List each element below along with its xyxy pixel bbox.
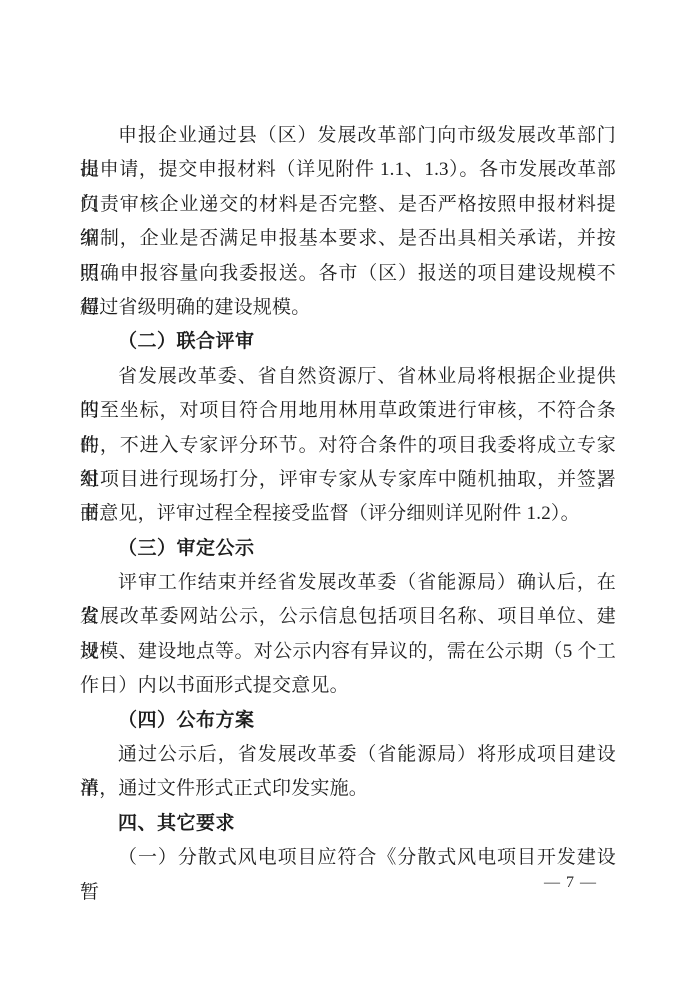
body-line: 规模、建设地点等。对公示内容有异议的，需在公示期（5 个工: [80, 635, 616, 669]
paragraph-other-requirements: （一）分散式风电项目应符合《分散式风电项目开发建设暂: [80, 841, 616, 875]
paragraph-application-submission: 申报企业通过县（区）发展改革部门向市级发展改革部门提 出申请，提交申报材料（详见…: [80, 119, 616, 325]
body-line: 单，通过文件形式正式印发实施。: [80, 772, 616, 806]
body-line: 四至坐标，对项目符合用地用林用草政策进行审核，不符合条件: [80, 394, 616, 428]
paragraph-joint-review: 省发展改革委、省自然资源厅、省林业局将根据企业提供的 四至坐标，对项目符合用地用…: [80, 360, 616, 532]
body-line: 明确申报容量向我委报送。各市（区）报送的项目建设规模不得: [80, 257, 616, 291]
body-line: 通过公示后，省发展改革委（省能源局）将形成项目建设清: [80, 738, 616, 772]
heading-other-requirements: 四、其它要求: [80, 807, 616, 841]
body-line: 负责审核企业递交的材料是否完整、是否严格按照申报材料提纲: [80, 188, 616, 222]
heading-joint-review: （二）联合评审: [80, 325, 616, 359]
document-body: 申报企业通过县（区）发展改革部门向市级发展改革部门提 出申请，提交申报材料（详见…: [80, 119, 616, 876]
heading-publish-plan: （四）公布方案: [80, 704, 616, 738]
body-line: 作日）内以书面形式提交意见。: [80, 669, 616, 703]
body-line: 出申请，提交申报材料（详见附件 1.1、1.3）。各市发展改革部门: [80, 153, 616, 187]
heading-review-publicity: （三）审定公示: [80, 532, 616, 566]
paragraph-review-publicity: 评审工作结束并经省发展改革委（省能源局）确认后，在省 发展改革委网站公示，公示信…: [80, 566, 616, 704]
body-line: 评审工作结束并经省发展改革委（省能源局）确认后，在省: [80, 566, 616, 600]
body-line: 申报企业通过县（区）发展改革部门向市级发展改革部门提: [80, 119, 616, 153]
body-line: 超过省级明确的建设规模。: [80, 291, 616, 325]
document-page: 申报企业通过县（区）发展改革部门向市级发展改革部门提 出申请，提交申报材料（详见…: [0, 0, 700, 990]
body-line: 发展改革委网站公示，公示信息包括项目名称、项目单位、建设: [80, 600, 616, 634]
body-line: 省发展改革委、省自然资源厅、省林业局将根据企业提供的: [80, 360, 616, 394]
body-line: 对项目进行现场打分，评审专家从专家库中随机抽取，并签署书: [80, 463, 616, 497]
body-line: 面意见，评审过程全程接受监督（评分细则详见附件 1.2）。: [80, 497, 616, 531]
body-line: 的，不进入专家评分环节。对符合条件的项目我委将成立专家组，: [80, 429, 616, 463]
page-number: — 7 —: [544, 872, 597, 894]
paragraph-publish-plan: 通过公示后，省发展改革委（省能源局）将形成项目建设清 单，通过文件形式正式印发实…: [80, 738, 616, 807]
body-line: 编制，企业是否满足申报基本要求、是否出具相关承诺，并按照: [80, 222, 616, 256]
body-line: （一）分散式风电项目应符合《分散式风电项目开发建设暂: [80, 841, 616, 875]
